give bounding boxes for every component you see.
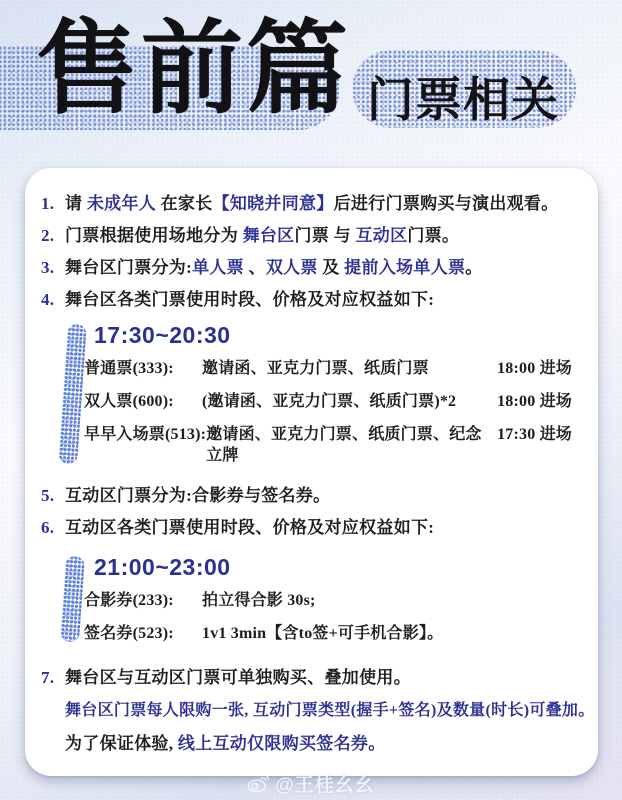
time-range: 21:00~23:00: [94, 554, 572, 580]
ticket-name: 普通票(333):: [84, 358, 202, 379]
item-text: 请 未成年人 在家长【知晓并同意】后进行门票购买与演出观看。: [65, 194, 572, 214]
item-text: 舞台区门票每人限购一张, 互动门票类型(握手+签名)及数量(时长)可叠加。: [65, 701, 595, 721]
ticket-row: 双人票(600): (邀请函、亚克力门票、纸质门票)*2 18:00 进场: [84, 391, 572, 412]
watermark: @王桂幺幺: [0, 770, 622, 797]
item-number: 3.: [41, 258, 65, 278]
list-item-6: 6. 互动区各类门票使用时段、价格及对应权益如下:: [41, 518, 572, 538]
item-line: 舞台区门票每人限购一张, 互动门票类型(握手+签名)及数量(时长)可叠加。: [41, 701, 572, 721]
ticket-perks: 拍立得合影 30s;: [202, 590, 572, 611]
item-text: 舞台区门票分为:单人票 、双人票 及 提前入场单人票。: [65, 258, 572, 278]
ticket-perks: 邀请函、亚克力门票、纸质门票、纪念立牌: [206, 424, 487, 466]
badge-label: 门票相关: [367, 63, 559, 130]
entry-time: 18:00 进场: [497, 358, 572, 379]
item-text: 舞台区与互动区门票可单独购买、叠加使用。: [65, 668, 572, 688]
item-number: 2.: [41, 226, 65, 246]
entry-time: 17:30 进场: [497, 424, 572, 445]
item-number: 1.: [41, 194, 65, 214]
halftone-bar-icon: [58, 324, 87, 465]
item-text: 为了保证体验, 线上互动仅限购买签名券。: [65, 734, 572, 754]
item-text: 互动区各类门票使用时段、价格及对应权益如下:: [65, 518, 572, 538]
ticket-row: 签名券(523): 1v1 3min【含to签+可手机合影】。: [84, 623, 572, 644]
halftone-bar-icon: [60, 555, 85, 642]
entry-time: 18:00 进场: [497, 391, 572, 412]
list-item-2: 2. 门票根据使用场地分为 舞台区门票 与 互动区门票。: [41, 226, 572, 246]
ticket-row: 合影券(233): 拍立得合影 30s;: [84, 590, 572, 611]
item-number: 5.: [41, 486, 65, 506]
ticket-name: 双人票(600):: [84, 391, 202, 412]
list-item-7: 7. 舞台区与互动区门票可单独购买、叠加使用。 舞台区门票每人限购一张, 互动门…: [41, 668, 572, 754]
weibo-icon: [247, 774, 269, 793]
info-card: 1. 请 未成年人 在家长【知晓并同意】后进行门票购买与演出观看。 2. 门票根…: [25, 168, 598, 776]
item-text: 互动区门票分为:合影券与签名券。: [65, 486, 572, 506]
ticket-name: 早早入场票(513):: [84, 424, 206, 445]
ticket-row: 普通票(333): 邀请函、亚克力门票、纸质门票 18:00 进场: [84, 358, 572, 379]
list-item-5: 5. 互动区门票分为:合影券与签名券。: [41, 486, 572, 506]
item-line: 为了保证体验, 线上互动仅限购买签名券。: [41, 734, 572, 754]
subtitle-badge: 门票相关: [352, 50, 576, 128]
item-number: 6.: [41, 518, 65, 538]
list-item-4: 4. 舞台区各类门票使用时段、价格及对应权益如下:: [41, 290, 572, 310]
ticket-perks: 1v1 3min【含to签+可手机合影】。: [202, 623, 572, 644]
list-item-1: 1. 请 未成年人 在家长【知晓并同意】后进行门票购买与演出观看。: [41, 194, 572, 214]
ticket-row: 早早入场票(513): 邀请函、亚克力门票、纸质门票、纪念立牌 17:30 进场: [84, 424, 572, 466]
watermark-text: @王桂幺幺: [275, 770, 375, 797]
ticket-info-poster: 售前篇 门票相关 1. 请 未成年人 在家长【知晓并同意】后进行门票购买与演出观…: [0, 0, 622, 800]
ticket-name: 签名券(523):: [84, 623, 202, 644]
ticket-perks: (邀请函、亚克力门票、纸质门票)*2: [202, 391, 487, 412]
time-range: 17:30~20:30: [94, 322, 572, 348]
list-item-3: 3. 舞台区门票分为:单人票 、双人票 及 提前入场单人票。: [41, 258, 572, 278]
ticket-perks: 邀请函、亚克力门票、纸质门票: [202, 358, 487, 379]
item-line: 7. 舞台区与互动区门票可单独购买、叠加使用。: [41, 668, 572, 688]
item-text: 舞台区各类门票使用时段、价格及对应权益如下:: [65, 290, 572, 310]
item-text: 门票根据使用场地分为 舞台区门票 与 互动区门票。: [65, 226, 572, 246]
page-title: 售前篇: [36, 12, 351, 129]
stage-ticket-schedule: 17:30~20:30 普通票(333): 邀请函、亚克力门票、纸质门票 18:…: [63, 322, 572, 466]
item-number: 4.: [41, 290, 65, 310]
ticket-name: 合影券(233):: [84, 590, 202, 611]
item-number: 7.: [41, 668, 65, 688]
interaction-ticket-schedule: 21:00~23:00 合影券(233): 拍立得合影 30s; 签名券(523…: [63, 554, 572, 644]
